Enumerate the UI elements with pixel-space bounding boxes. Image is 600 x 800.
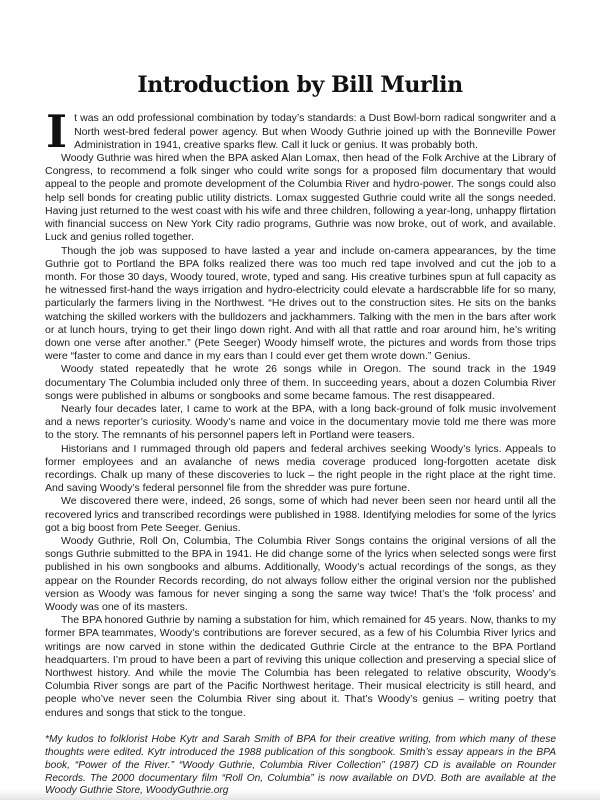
paragraph: We discovered there were, indeed, 26 son… — [45, 495, 556, 535]
paragraph: Woody Guthrie, Roll On, Columbia, The Co… — [45, 535, 556, 614]
footnote: *My kudos to folklorist Hobe Kytr and Sa… — [45, 734, 556, 799]
paragraph: It was an odd professional combination b… — [45, 112, 556, 152]
body-text: It was an odd professional combination b… — [45, 112, 556, 719]
paragraph: Nearly four decades later, I came to wor… — [45, 403, 556, 443]
paragraph: Woody Guthrie was hired when the BPA ask… — [45, 152, 556, 244]
paragraph-text: t was an odd professional combination by… — [74, 112, 556, 150]
paragraph: Historians and I rummaged through old pa… — [45, 443, 556, 496]
footnote-text: *My kudos to folklorist Hobe Kytr and Sa… — [45, 734, 556, 799]
paragraph: Though the job was supposed to have last… — [45, 245, 556, 364]
paragraph: The BPA honored Guthrie by naming a subs… — [45, 614, 556, 720]
page-title: Introduction by Bill Murlin — [0, 15, 600, 98]
document-page: Introduction by Bill Murlin It was an od… — [0, 0, 600, 800]
dropcap-letter: I — [45, 112, 74, 150]
paragraph: Woody stated repeatedly that he wrote 26… — [45, 363, 556, 403]
